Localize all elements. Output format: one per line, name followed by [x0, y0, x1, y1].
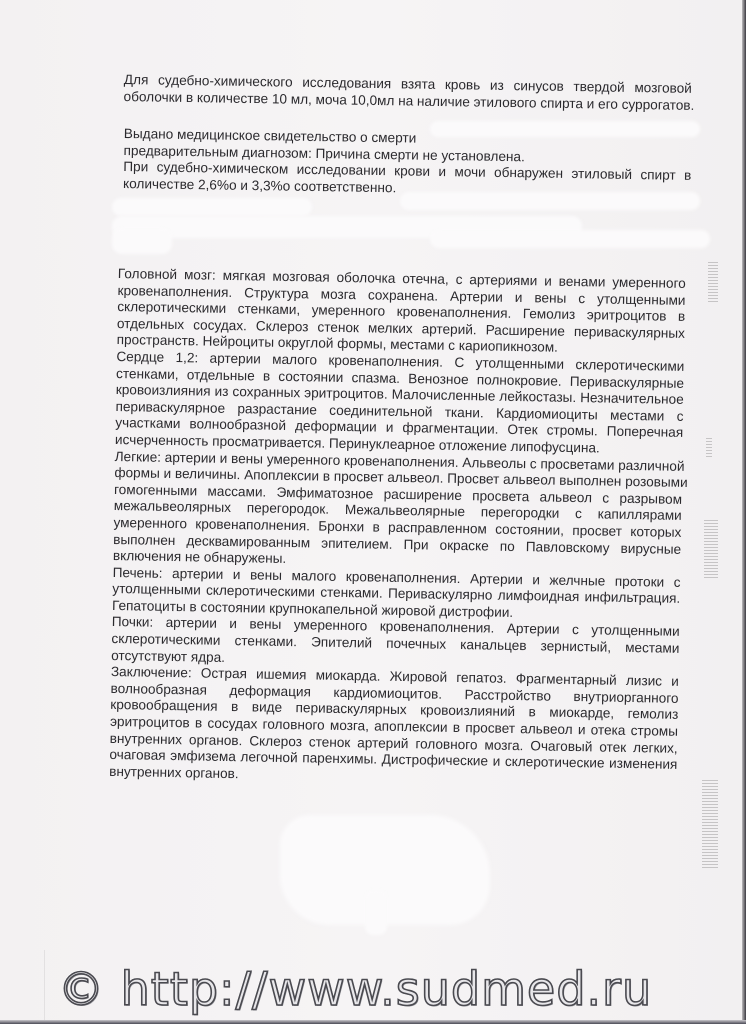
histology-report: Головной мозг: мягкая мозговая оболочка …: [109, 266, 686, 790]
redacted-area: [430, 230, 710, 248]
redacted-area: [400, 192, 700, 210]
chem-analysis-paragraph: Для судебно-химического исследования взя…: [123, 72, 694, 114]
redacted-signature: [365, 890, 387, 935]
scan-artifact: [708, 262, 718, 302]
certificate-paragraph: Выдано медицинское свидетельство о смерт…: [123, 126, 692, 201]
redacted-area: [112, 198, 312, 216]
page-edge-right: [742, 0, 746, 1024]
page-edge-bottom: [0, 1020, 746, 1024]
copyright-watermark: © http://www.sudmed.ru: [58, 962, 652, 1016]
redacted-area: [112, 228, 172, 254]
scan-artifact: [702, 780, 718, 870]
scanned-page: Для судебно-химического исследования взя…: [0, 0, 746, 1024]
scan-line: [44, 950, 45, 1020]
redacted-area: [430, 121, 700, 137]
scan-artifact: [704, 520, 718, 580]
scan-artifact: [706, 438, 712, 458]
